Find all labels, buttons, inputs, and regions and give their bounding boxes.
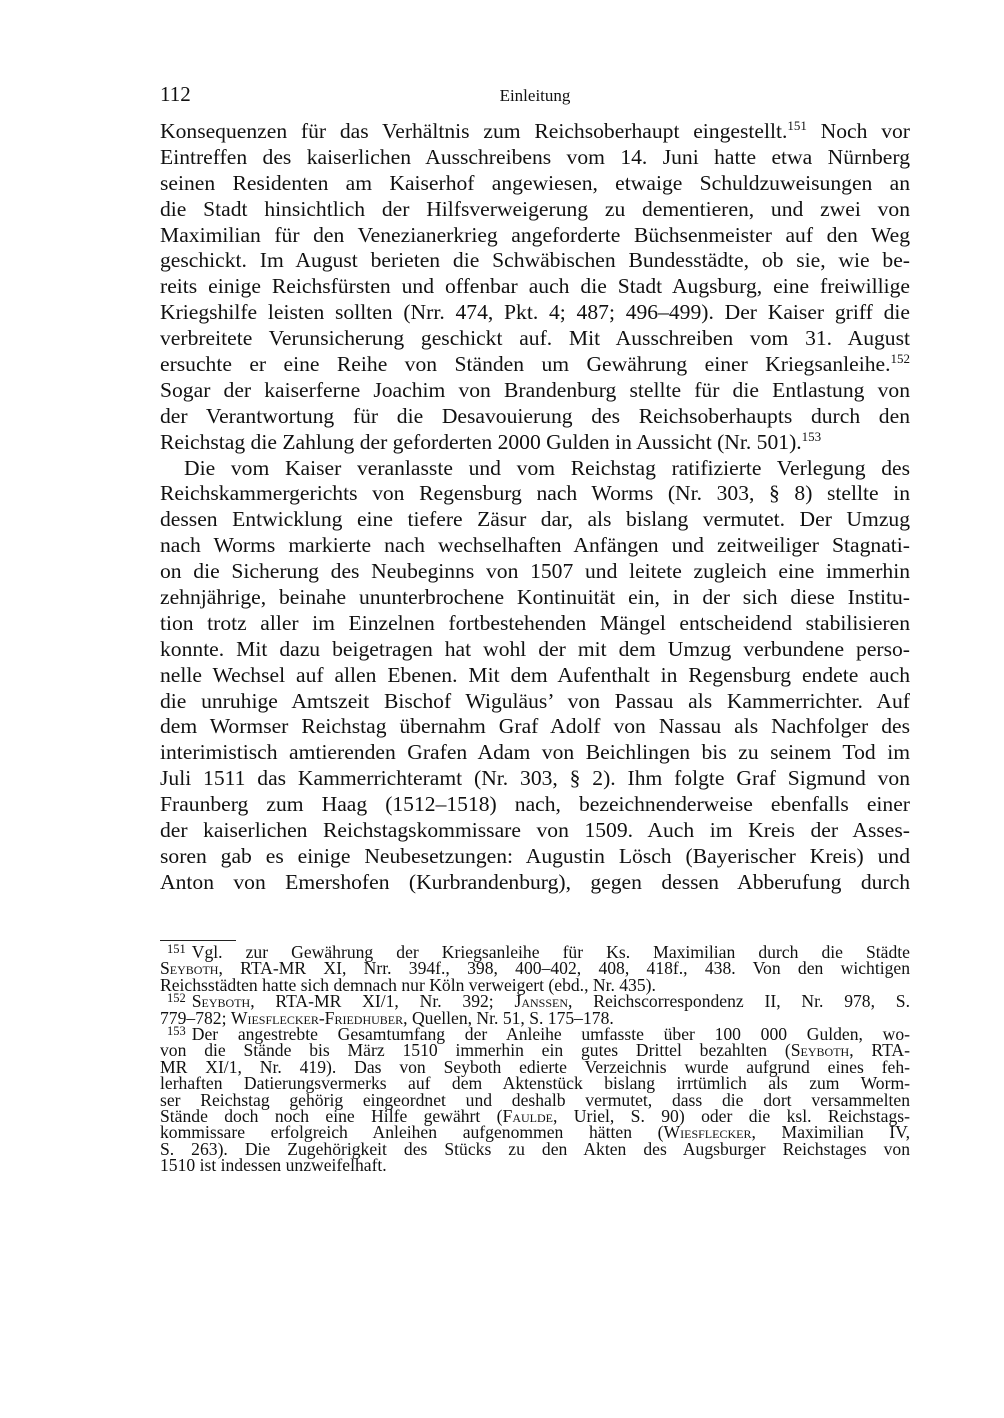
line-text: Reichskammergerichts von Regensburg nach… [160, 481, 910, 505]
footnote-152: 152Seyboth, RTA-MR XI/1, Nr. 392; Jansse… [160, 993, 910, 1026]
footnote-151: 151Vgl. zur Gewährung der Kriegsanleihe … [160, 944, 910, 993]
line-text: konnte. Mit dazu beigetragen hat wohl de… [160, 637, 910, 661]
footnote-ref-152[interactable]: 152 [891, 351, 911, 366]
line-text: nach Worms markierte nach wechselhaften … [160, 533, 910, 557]
body-line: Fraunberg zum Haag (1512–1518) nach, bez… [160, 792, 910, 818]
line-text: Reichstag die Zahlung der geforderten 20… [160, 430, 802, 454]
line-text: Sogar der kaiserferne Joachim von Brande… [160, 378, 910, 402]
body-line: tion trotz aller im Einzelnen fortbesteh… [160, 611, 910, 637]
line-text: interimistisch amtierenden Grafen Adam v… [160, 740, 910, 764]
line-text: on die Sicherung des Neubeginns von 1507… [160, 559, 910, 583]
line-text: tion trotz aller im Einzelnen fortbesteh… [160, 611, 910, 635]
body-line: verbreitete Verunsicherung geschickt auf… [160, 326, 910, 352]
body-line: Die vom Kaiser veranlasste und vom Reich… [160, 456, 910, 482]
line-text: dem Wormser Reichstag übernahm Graf Adol… [160, 714, 910, 738]
document-page: 112 Einleitung Konsequenzen für das Verh… [0, 0, 1004, 1418]
line-text: reits einige Reichsfürsten und offenbar … [160, 274, 910, 298]
line-text: Noch vor [807, 119, 910, 143]
body-line: reits einige Reichsfürsten und offenbar … [160, 274, 910, 300]
line-text: ersuchte er eine Reihe von Ständen um Ge… [160, 352, 891, 376]
footnote-rule [160, 940, 236, 941]
line-text: der kaiserlichen Reichstagskommissare vo… [160, 818, 910, 842]
line-text: seinen Residenten am Kaiserhof angewiese… [160, 171, 910, 195]
body-line: die unruhige Amtszeit Bischof Wiguläus’ … [160, 689, 910, 715]
body-line: konnte. Mit dazu beigetragen hat wohl de… [160, 637, 910, 663]
body-line: der Verantwortung für die Desavouierung … [160, 404, 910, 430]
body-line: ersuchte er eine Reihe von Ständen um Ge… [160, 352, 910, 378]
line-text: dessen Entwicklung eine tiefere Zäsur da… [160, 507, 910, 531]
body-line: seinen Residenten am Kaiserhof angewiese… [160, 171, 910, 197]
line-text: nelle Wechsel auf allen Ebenen. Mit dem … [160, 663, 910, 687]
line-text: Fraunberg zum Haag (1512–1518) nach, bez… [160, 792, 910, 816]
line-text: Maximilian für den Venezianerkrieg angef… [160, 223, 910, 247]
line-text: Juli 1511 das Kammerrichteramt (Nr. 303,… [160, 766, 910, 790]
line-text: die unruhige Amtszeit Bischof Wiguläus’ … [160, 689, 910, 713]
body-line: Konsequenzen für das Verhältnis zum Reic… [160, 119, 910, 145]
line-text: Konsequenzen für das Verhältnis zum Reic… [160, 119, 787, 143]
footnote-line: 1510 ist indessen unzweifelhaft. [160, 1157, 910, 1173]
body-line: zehnjährige, beinahe ununterbrochene Kon… [160, 585, 910, 611]
body-line: nelle Wechsel auf allen Ebenen. Mit dem … [160, 663, 910, 689]
body-line: Eintreffen des kaiserlichen Ausschreiben… [160, 145, 910, 171]
footnote-number: 153 [167, 1024, 186, 1038]
body-line: Anton von Emershofen (Kurbrandenburg), g… [160, 870, 910, 896]
body-line: dem Wormser Reichstag übernahm Graf Adol… [160, 714, 910, 740]
line-text: zehnjährige, beinahe ununterbrochene Kon… [160, 585, 910, 609]
line-text: verbreitete Verunsicherung geschickt auf… [160, 326, 910, 350]
footnote-ref-151[interactable]: 151 [787, 118, 807, 133]
body-line: Kriegshilfe leisten sollten (Nrr. 474, P… [160, 300, 910, 326]
footnote-number: 151 [167, 942, 186, 956]
body-line: interimistisch amtierenden Grafen Adam v… [160, 740, 910, 766]
line-text: Eintreffen des kaiserlichen Ausschreiben… [160, 145, 910, 169]
line-text: der Verantwortung für die Desavouierung … [160, 404, 910, 428]
footnote-153: 153Der angestrebte Gesamtumfang der Anle… [160, 1026, 910, 1174]
footnotes: 151Vgl. zur Gewährung der Kriegsanleihe … [160, 944, 910, 1173]
line-text: die Stadt hinsichtlich der Hilfsverweige… [160, 197, 910, 221]
footnote-ref-153[interactable]: 153 [802, 429, 822, 444]
body-text: Konsequenzen für das Verhältnis zum Reic… [160, 119, 910, 896]
footnote-text: , Reichscorrespondenz II, Nr. 978, S. [568, 991, 910, 1011]
line-text: Kriegshilfe leisten sollten (Nrr. 474, P… [160, 300, 910, 324]
line-text: Anton von Emershofen (Kurbrandenburg), g… [160, 870, 910, 894]
body-line: nach Worms markierte nach wechselhaften … [160, 533, 910, 559]
line-text: soren gab es einige Neubesetzungen: Augu… [160, 844, 910, 868]
body-line: geschickt. Im August berieten die Schwäb… [160, 248, 910, 274]
line-text: Die vom Kaiser veranlasste und vom Reich… [184, 456, 910, 480]
footnote-text: 1510 ist indessen unzweifelhaft. [160, 1155, 387, 1175]
body-line: der kaiserlichen Reichstagskommissare vo… [160, 818, 910, 844]
footnote-number: 152 [167, 991, 186, 1005]
running-head: 112 Einleitung [160, 80, 910, 108]
body-line: Reichskammergerichts von Regensburg nach… [160, 481, 910, 507]
body-line: Maximilian für den Venezianerkrieg angef… [160, 223, 910, 249]
line-text: geschickt. Im August berieten die Schwäb… [160, 248, 910, 272]
body-line: Reichstag die Zahlung der geforderten 20… [160, 430, 910, 456]
body-line: Juli 1511 das Kammerrichteramt (Nr. 303,… [160, 766, 910, 792]
body-line: on die Sicherung des Neubeginns von 1507… [160, 559, 910, 585]
body-line: soren gab es einige Neubesetzungen: Augu… [160, 844, 910, 870]
running-title: Einleitung [160, 82, 910, 110]
body-line: dessen Entwicklung eine tiefere Zäsur da… [160, 507, 910, 533]
body-line: die Stadt hinsichtlich der Hilfsverweige… [160, 197, 910, 223]
body-line: Sogar der kaiserferne Joachim von Brande… [160, 378, 910, 404]
